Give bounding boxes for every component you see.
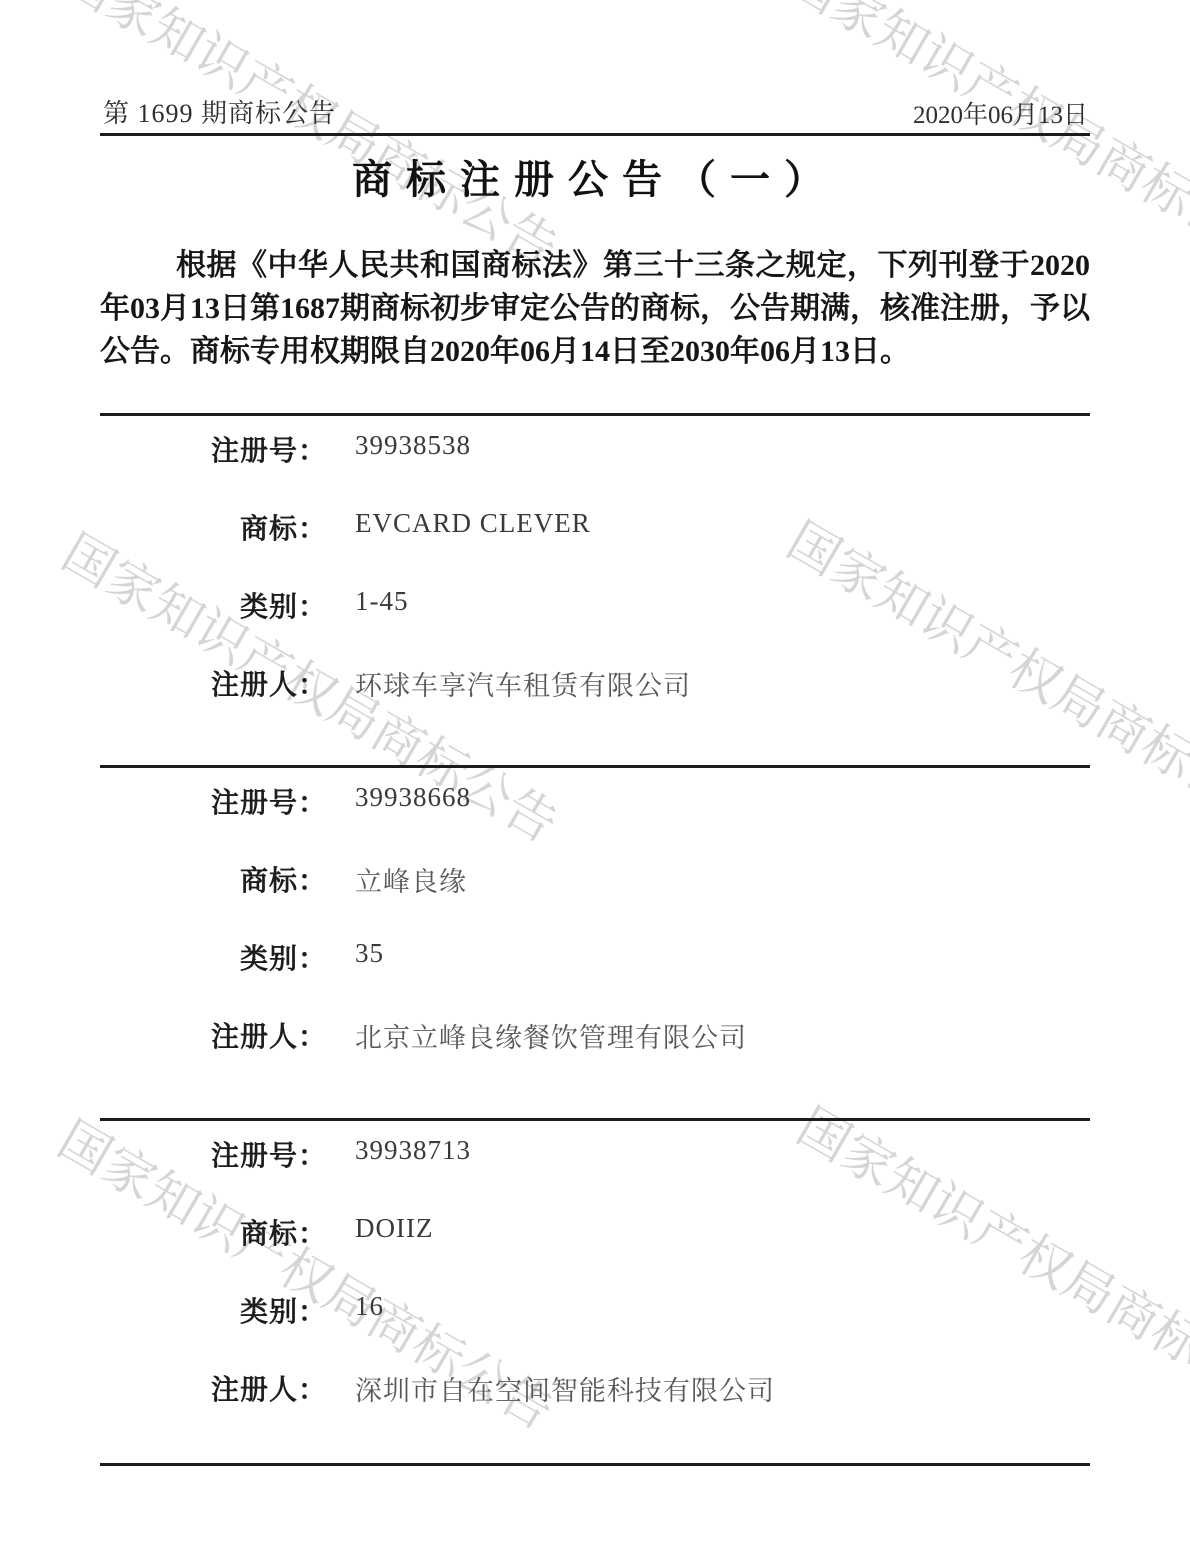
- field-label-category: 类别：: [0, 585, 327, 625]
- page-title: 商标注册公告（一）: [0, 148, 1190, 205]
- issue-number: 第 1699 期商标公告: [103, 93, 336, 130]
- field-value-registrant: 北京立峰良缘餐饮管理有限公司: [355, 1016, 747, 1055]
- field-label-registrant: 注册人：: [0, 1015, 327, 1055]
- field-value-category: 35: [355, 938, 384, 969]
- field-value-reg-no: 39938538: [355, 430, 471, 461]
- gazette-page: 国家知识产权局商标公告 国家知识产权局商标公告 国家知识产权局商标公告 国家知识…: [0, 0, 1190, 1564]
- field-value-registrant: 深圳市自在空间智能科技有限公司: [355, 1369, 775, 1408]
- field-label-category: 类别：: [0, 937, 327, 977]
- trademark-entry: 注册号： 39938668 商标： 立峰良缘 类别： 35 注册人： 北京立峰良…: [0, 765, 1190, 1117]
- field-label-reg-no: 注册号：: [0, 1134, 327, 1174]
- field-row-category: 类别： 16: [0, 1290, 1190, 1326]
- field-row-trademark: 商标： DOIIZ: [0, 1212, 1190, 1248]
- field-row-reg-no: 注册号： 39938538: [0, 429, 1190, 465]
- field-label-reg-no: 注册号：: [0, 781, 327, 821]
- field-value-registrant: 环球车享汽车租赁有限公司: [355, 664, 691, 703]
- field-value-trademark: 立峰良缘: [355, 860, 467, 899]
- field-label-trademark: 商标：: [0, 1212, 327, 1252]
- field-row-registrant: 注册人： 深圳市自在空间智能科技有限公司: [0, 1368, 1190, 1404]
- field-row-trademark: 商标： 立峰良缘: [0, 859, 1190, 895]
- field-value-trademark: DOIIZ: [355, 1213, 433, 1244]
- field-value-category: 16: [355, 1291, 384, 1322]
- field-row-registrant: 注册人： 北京立峰良缘餐饮管理有限公司: [0, 1015, 1190, 1051]
- field-label-registrant: 注册人：: [0, 1368, 327, 1408]
- field-label-registrant: 注册人：: [0, 663, 327, 703]
- field-value-reg-no: 39938713: [355, 1135, 471, 1166]
- field-value-trademark: EVCARD CLEVER: [355, 508, 591, 539]
- field-row-trademark: 商标： EVCARD CLEVER: [0, 507, 1190, 543]
- field-label-trademark: 商标：: [0, 507, 327, 547]
- publication-date: 2020年06月13日: [913, 95, 1088, 131]
- field-row-reg-no: 注册号： 39938668: [0, 781, 1190, 817]
- field-value-reg-no: 39938668: [355, 782, 471, 813]
- page-content: 第 1699 期商标公告 2020年06月13日 商标注册公告（一） 根据《中华…: [0, 0, 1190, 1564]
- field-label-trademark: 商标：: [0, 859, 327, 899]
- field-label-reg-no: 注册号：: [0, 429, 327, 469]
- intro-paragraph: 根据《中华人民共和国商标法》第三十三条之规定，下列刊登于2020年03月13日第…: [100, 244, 1090, 373]
- field-row-reg-no: 注册号： 39938713: [0, 1134, 1190, 1170]
- header-rule: [100, 133, 1090, 136]
- field-row-registrant: 注册人： 环球车享汽车租赁有限公司: [0, 663, 1190, 699]
- trademark-entry: 注册号： 39938538 商标： EVCARD CLEVER 类别： 1-45…: [0, 413, 1190, 765]
- field-value-category: 1-45: [355, 586, 409, 617]
- field-label-category: 类别：: [0, 1290, 327, 1330]
- trademark-entry: 注册号： 39938713 商标： DOIIZ 类别： 16 注册人： 深圳市自…: [0, 1118, 1190, 1470]
- field-row-category: 类别： 1-45: [0, 585, 1190, 621]
- field-row-category: 类别： 35: [0, 937, 1190, 973]
